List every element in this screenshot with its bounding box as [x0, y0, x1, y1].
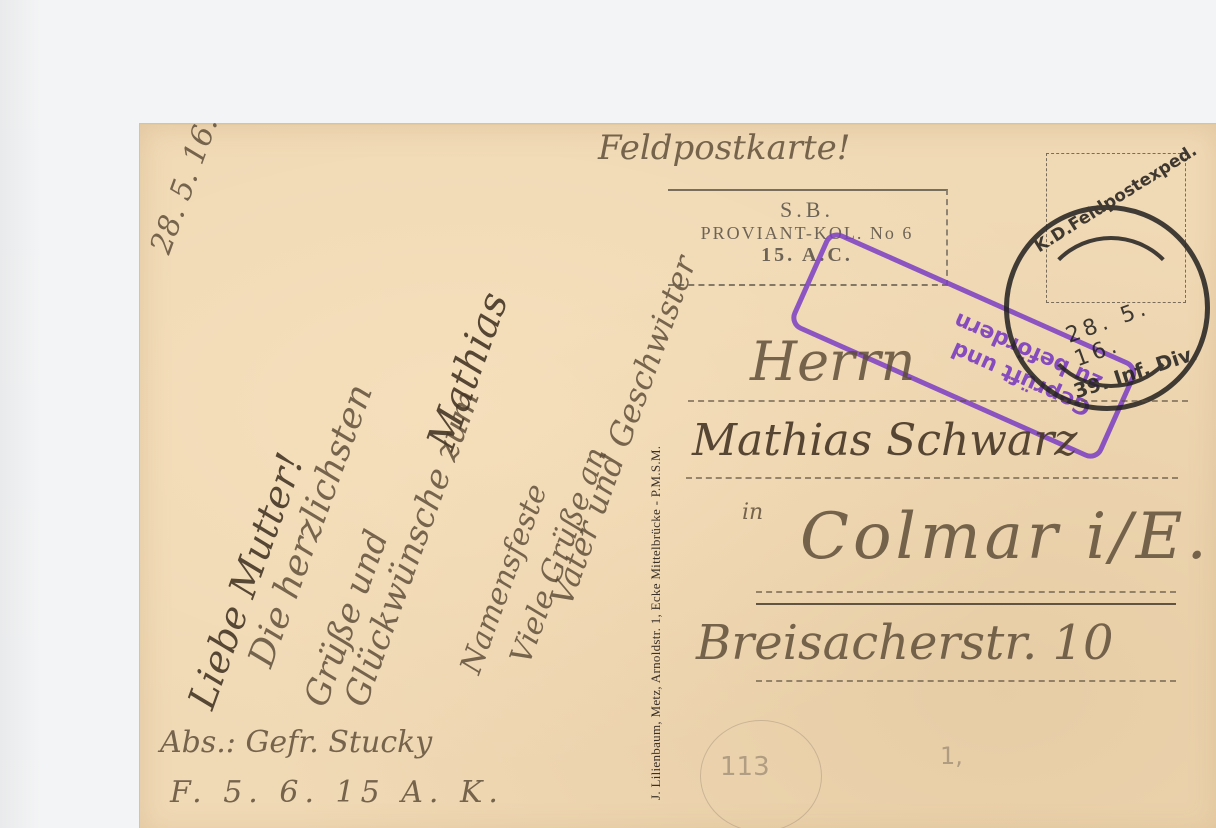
address-underline	[756, 603, 1176, 605]
sender-line: F. 5. 6. 15 A. K.	[170, 775, 504, 810]
printer-imprint: J. Lilienbaum, Metz, Arnoldstr. 1, Ecke …	[648, 446, 664, 800]
pencil-note: 113	[720, 752, 770, 782]
address-line: Herrn	[750, 330, 915, 393]
address-line: Colmar i/E.	[800, 500, 1211, 574]
unit-stamp-line: S.B.	[668, 197, 946, 223]
address-rule	[686, 477, 1178, 479]
address-line: Breisacherstr. 10	[696, 615, 1114, 671]
sender-line: Abs.: Gefr. Stucky	[160, 725, 432, 760]
feldpostkarte-header: Feldpostkarte!	[598, 128, 850, 168]
pencil-note: 1,	[940, 742, 963, 770]
postmark: K.D.Feldpostexped. 28. 5. 16. 39. Inf. D…	[1004, 205, 1210, 411]
message-line: Vater und Geschwister	[542, 251, 704, 611]
address-rule	[688, 400, 1188, 402]
address-line: Mathias Schwarz	[692, 415, 1077, 466]
address-rule	[756, 591, 1176, 593]
unit-stamp-line: PROVIANT-KOL. No 6	[668, 223, 946, 244]
address-prefix: in	[742, 500, 763, 525]
message-date: 28. 5. 16.	[144, 112, 226, 258]
address-rule	[756, 680, 1176, 682]
message-line: Mathias	[418, 286, 517, 456]
